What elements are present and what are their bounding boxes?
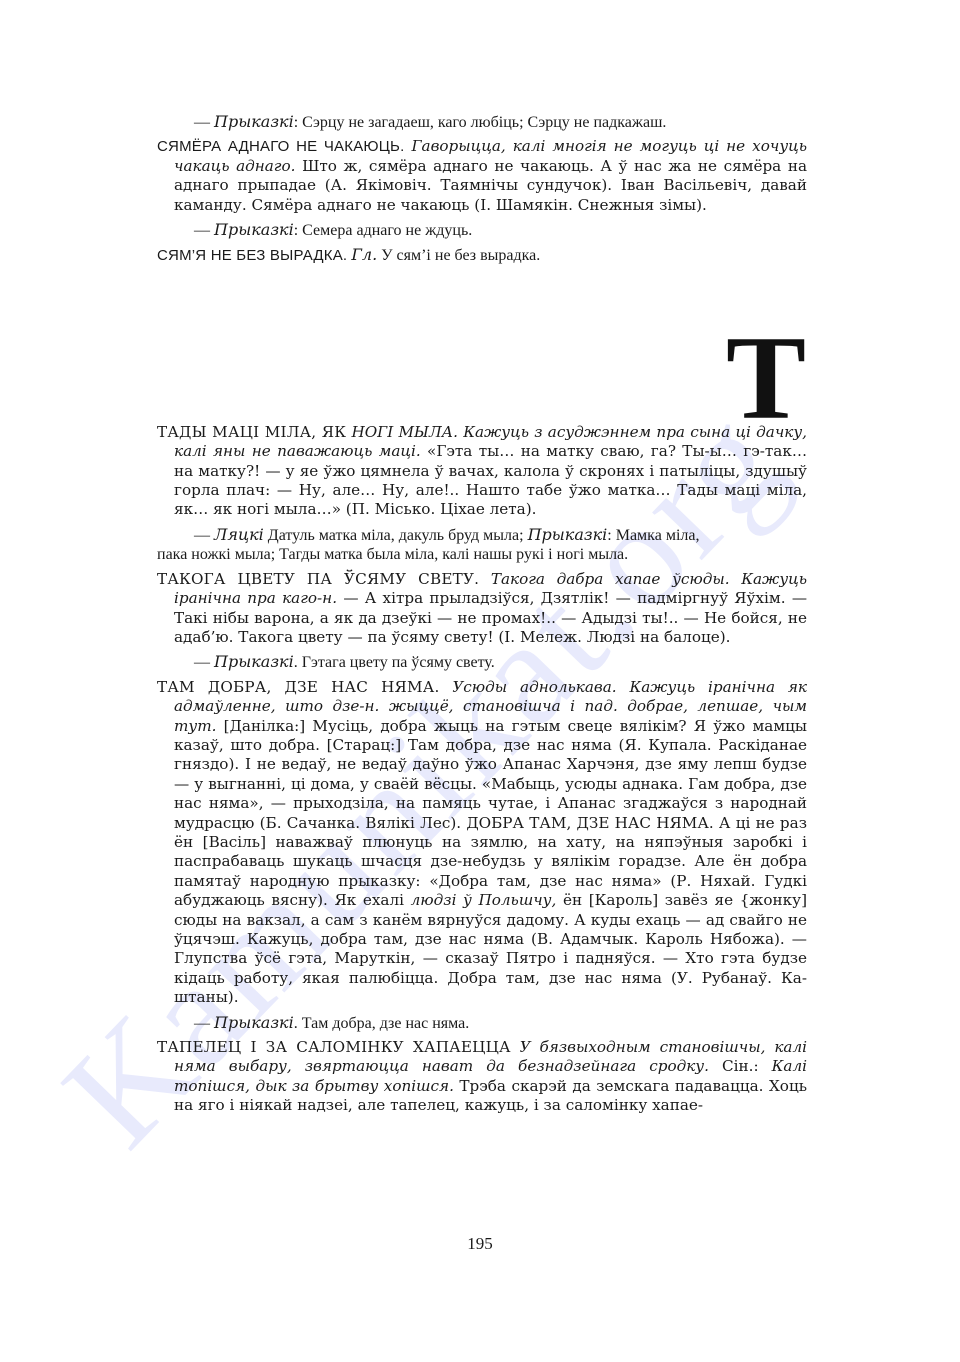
entry-example: У сям’і не без вырадка. — [381, 247, 540, 264]
proverb-note: — Прыказкі. Гэтага цвету па ўсяму свету. — [157, 652, 807, 672]
proverb-note: — Ляцкі Датуль матка міла, дакуль бруд м… — [157, 525, 727, 565]
dictionary-page: — Прыказкі: Сэрцу не загадаеш, каго любі… — [157, 112, 807, 1121]
section-letter: Т — [726, 318, 806, 438]
entry-headword: ТАМ ДОБРА, ДЗЕ НАС НЯМА. — [157, 678, 439, 696]
entry-headword: ТАКОГА ЦВЕТУ ПА ЎСЯМУ СВЕТУ. — [157, 570, 479, 588]
dictionary-entry: СЯМ’Я НЕ БЕЗ ВЫРАДКА. Гл. У сям’і не без… — [157, 245, 807, 265]
entry-headword: СЯМЁРА АДНАГО НЕ ЧАКАЮЦЬ. — [157, 138, 404, 155]
proverb-note: — Прыказкі: Сэрцу не загадаеш, каго любі… — [157, 112, 807, 132]
page-number: 195 — [0, 1234, 960, 1254]
entry-headword: СЯМ’Я НЕ БЕЗ ВЫРАДКА. — [157, 247, 347, 264]
section-spacer — [157, 271, 807, 423]
entry-headword: ТАПЕЛЕЦ І ЗА САЛОМІНКУ ХАПАЕЦЦА — [157, 1038, 511, 1056]
dictionary-entry: ТАДЫ МАЦІ МІЛА, ЯК НОГІ МЫЛА. Кажуць з а… — [157, 423, 807, 520]
proverb-note: — Прыказкі: Семера аднаго не ждуць. — [157, 220, 807, 240]
proverb-note: — Прыказкі. Там добра, дзе нас няма. — [157, 1013, 807, 1033]
entry-headword-italic: НОГІ МЫЛА. — [351, 423, 458, 441]
dictionary-entry: ТАМ ДОБРА, ДЗЕ НАС НЯМА. Усюды аднолькав… — [157, 678, 807, 1008]
entry-example: [Данілка:] Мусіць, добра жыць на гэтым с… — [174, 717, 807, 910]
entry-reference: Гл. — [351, 245, 377, 264]
dictionary-entry: ТАКОГА ЦВЕТУ ПА ЎСЯМУ СВЕТУ. Такога дабр… — [157, 570, 807, 648]
dictionary-entry: СЯМЁРА АДНАГО НЕ ЧАКАЮЦЬ. Гаворыцца, кал… — [157, 137, 807, 215]
entry-example-italic: людзі ў Польшчу, — [411, 891, 557, 909]
entry-synonym-label: Сін.: — [722, 1057, 759, 1075]
dictionary-entry: ТАПЕЛЕЦ І ЗА САЛОМІНКУ ХАПАЕЦЦА У бязвых… — [157, 1038, 807, 1116]
entry-headword: ТАДЫ МАЦІ МІЛА, ЯК — [157, 423, 346, 441]
